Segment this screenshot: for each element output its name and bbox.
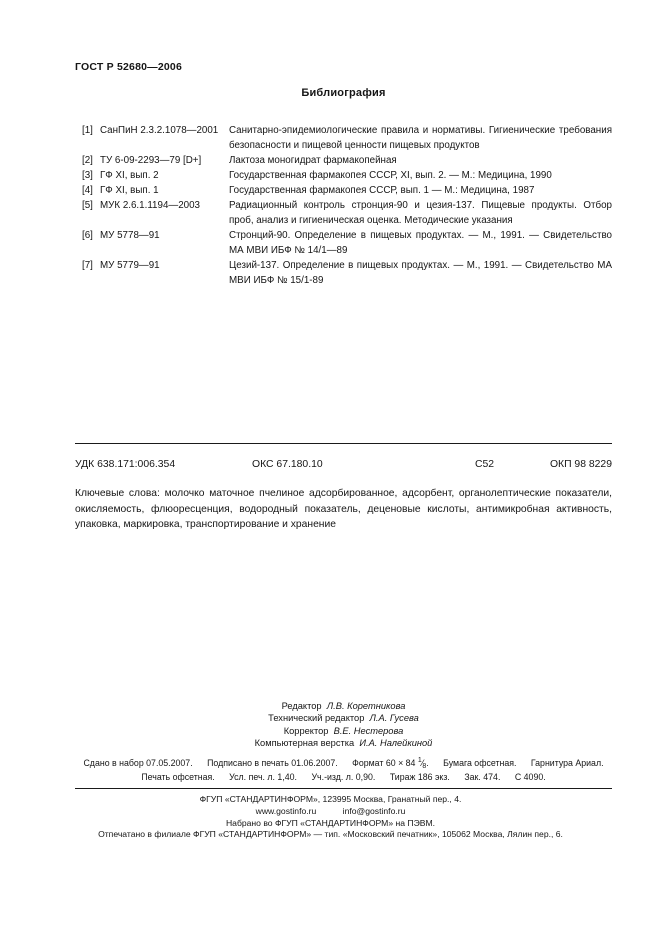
imprint-set-date: Сдано в набор 07.05.2007. bbox=[83, 758, 192, 768]
entry-number: [6] bbox=[82, 228, 100, 243]
entry-description: Стронций-90. Определение в пищевых проду… bbox=[229, 228, 612, 258]
bibliography-entry: [5] МУК 2.6.1.1194—2003 Радиационный кон… bbox=[82, 198, 612, 228]
oks-code: ОКС 67.180.10 bbox=[252, 459, 323, 470]
entry-number: [1] bbox=[82, 123, 100, 138]
bibliography-entry: [6] МУ 5778—91 Стронций-90. Определение … bbox=[82, 228, 612, 258]
document-page: ГОСТ Р 52680—2006 Библиография [1] СанПи… bbox=[0, 0, 661, 936]
entry-description: Санитарно-эпидемиологические правила и н… bbox=[229, 123, 612, 153]
publisher-typeset: Набрано во ФГУП «СТАНДАРТИНФОРМ» на ПЭВМ… bbox=[40, 818, 621, 830]
bibliography-entry: [1] СанПиН 2.3.2.1078—2001 Санитарно-эпи… bbox=[82, 123, 612, 153]
entry-number: [2] bbox=[82, 153, 100, 168]
imprint-typeface: Гарнитура Ариал. bbox=[531, 758, 604, 768]
bibliography-title: Библиография bbox=[75, 87, 612, 99]
bibliography-entry: [4] ГФ XI, вып. 1 Государственная фармак… bbox=[82, 183, 612, 198]
entry-reference: МУК 2.6.1.1194—2003 bbox=[100, 198, 229, 213]
credit-name: Л.А. Гусева bbox=[370, 713, 419, 723]
entry-reference: МУ 5778—91 bbox=[100, 228, 229, 243]
entry-number: [5] bbox=[82, 198, 100, 213]
publisher-block: ФГУП «СТАНДАРТИНФОРМ», 123995 Москва, Гр… bbox=[40, 794, 621, 841]
entry-description: Государственная фармакопея СССР, XI, вып… bbox=[229, 168, 612, 183]
doc-code: ГОСТ Р 52680—2006 bbox=[75, 61, 182, 73]
imprint-printing: Печать офсетная. bbox=[141, 772, 214, 782]
publisher-contacts: www.gostinfo.ru info@gostinfo.ru bbox=[40, 806, 621, 818]
bibliography-entry: [7] МУ 5779—91 Цезий-137. Определение в … bbox=[82, 258, 612, 288]
entry-description: Цезий-137. Определение в пищевых продукт… bbox=[229, 258, 612, 288]
credit-line: Технический редактор Л.А. Гусева bbox=[75, 712, 612, 724]
entry-description: Лактоза моногидрат фармакопейная bbox=[229, 153, 612, 168]
horizontal-rule bbox=[75, 443, 612, 444]
entry-reference: СанПиН 2.3.2.1078—2001 bbox=[100, 123, 229, 138]
entry-number: [7] bbox=[82, 258, 100, 273]
entry-description: Государственная фармакопея СССР, вып. 1 … bbox=[229, 183, 612, 198]
entry-number: [3] bbox=[82, 168, 100, 183]
entry-number: [4] bbox=[82, 183, 100, 198]
imprint-line-1: Сдано в набор 07.05.2007. Подписано в пе… bbox=[70, 757, 617, 770]
keywords-paragraph: Ключевые слова: молочко маточное пчелино… bbox=[75, 486, 612, 533]
imprint-paper: Бумага офсетная. bbox=[443, 758, 516, 768]
credit-line: Редактор Л.В. Коретникова bbox=[75, 700, 612, 712]
credit-role: Компьютерная верстка bbox=[255, 738, 355, 748]
entry-reference: ГФ XI, вып. 1 bbox=[100, 183, 229, 198]
entry-reference: ТУ 6-09-2293—79 [D+] bbox=[100, 153, 229, 168]
class-code: С52 bbox=[475, 459, 494, 470]
imprint-format: Формат 60 × 84 1⁄8. bbox=[352, 758, 429, 768]
publisher-address: ФГУП «СТАНДАРТИНФОРМ», 123995 Москва, Гр… bbox=[40, 794, 621, 806]
okp-code: ОКП 98 8229 bbox=[550, 459, 612, 470]
credits-block: Редактор Л.В. Коретникова Технический ре… bbox=[75, 700, 612, 750]
credit-line: Компьютерная верстка И.А. Налейкиной bbox=[75, 737, 612, 749]
credit-role: Корректор bbox=[284, 726, 329, 736]
imprint-circulation: Тираж 186 экз. bbox=[390, 772, 450, 782]
entry-description: Радиационный контроль стронция-90 и цези… bbox=[229, 198, 612, 228]
imprint-cond-sheets: Усл. печ. л. 1,40. bbox=[229, 772, 297, 782]
publisher-website: www.gostinfo.ru bbox=[256, 806, 317, 816]
credit-role: Редактор bbox=[282, 701, 322, 711]
udk-code: УДК 638.171:006.354 bbox=[75, 459, 175, 470]
imprint-pub-sheets: Уч.-изд. л. 0,90. bbox=[311, 772, 375, 782]
credit-name: В.Е. Нестерова bbox=[334, 726, 404, 736]
bibliography-list: [1] СанПиН 2.3.2.1078—2001 Санитарно-эпи… bbox=[82, 123, 612, 288]
entry-reference: МУ 5779—91 bbox=[100, 258, 229, 273]
credit-name: Л.В. Коретникова bbox=[327, 701, 406, 711]
horizontal-rule bbox=[75, 788, 612, 789]
imprint-line-2: Печать офсетная. Усл. печ. л. 1,40. Уч.-… bbox=[75, 772, 612, 782]
credit-name: И.А. Налейкиной bbox=[359, 738, 432, 748]
bibliography-entry: [3] ГФ XI, вып. 2 Государственная фармак… bbox=[82, 168, 612, 183]
publisher-email: info@gostinfo.ru bbox=[343, 806, 406, 816]
credit-line: Корректор В.Е. Нестерова bbox=[75, 725, 612, 737]
classification-row: УДК 638.171:006.354 ОКС 67.180.10 С52 ОК… bbox=[75, 459, 612, 473]
credit-role: Технический редактор bbox=[268, 713, 364, 723]
bibliography-entry: [2] ТУ 6-09-2293—79 [D+] Лактоза моногид… bbox=[82, 153, 612, 168]
publisher-printed: Отпечатано в филиале ФГУП «СТАНДАРТИНФОР… bbox=[40, 829, 621, 841]
imprint-order: Зак. 474. bbox=[464, 772, 500, 782]
entry-reference: ГФ XI, вып. 2 bbox=[100, 168, 229, 183]
imprint-print-date: Подписано в печать 01.06.2007. bbox=[207, 758, 338, 768]
imprint-c-code: С 4090. bbox=[515, 772, 546, 782]
